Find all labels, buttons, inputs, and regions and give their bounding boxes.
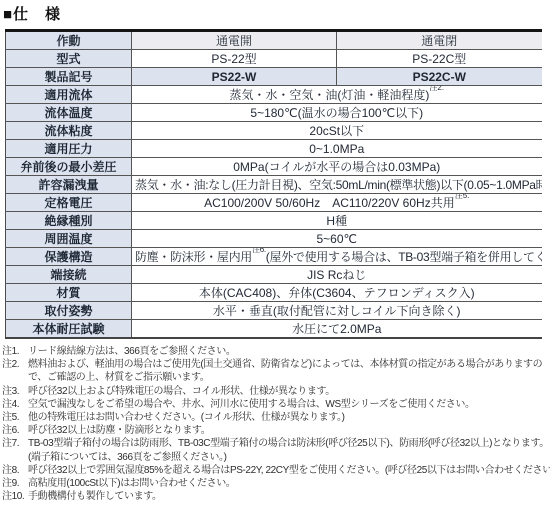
note-reference: 注6.: [252, 248, 266, 254]
note-reference: 注2.: [429, 86, 444, 92]
note-number: 注8.: [2, 464, 28, 477]
spec-value: 水平・垂直(取付配管に対しコイル下向き除く): [132, 302, 542, 320]
note: 注2.燃料油および、軽油用の場合はご使用先(国土交通省、防衛省など)によっては、…: [2, 358, 550, 384]
spec-value: 通電開: [132, 31, 337, 50]
note-number: 注6.: [2, 424, 28, 437]
spec-row: 材質本体(CAC408)、弁体(C3604、テフロンディスク入): [6, 284, 542, 302]
note: 注10.手動機構付も製作しています。: [2, 490, 550, 503]
note: 注1.リード線結線方法は、366頁をご参照ください。: [2, 345, 550, 358]
spec-value: 5~60℃: [132, 230, 542, 248]
spec-value-text: 蒸気・水・油:なし(圧力計目視)、空気:50mL/min(標準状態)以下(0.0…: [135, 178, 542, 192]
note: 注3.呼び径32以上および特殊電圧の場合、コイル形状、仕様が異なります。: [2, 385, 550, 398]
spec-row: 取付姿勢水平・垂直(取付配管に対しコイル下向き除く): [6, 302, 542, 320]
note-text: 空気で漏洩なしをご希望の場合や、井水、河川水に使用する場合は、WS型シリーズをご…: [28, 398, 550, 411]
spec-value-text: 水平・垂直(取付配管に対しコイル下向き除く): [213, 304, 461, 318]
spec-row-label: 取付姿勢: [6, 302, 132, 320]
notes-list: 注1.リード線結線方法は、366頁をご参照ください。注2.燃料油および、軽油用の…: [2, 345, 550, 503]
spec-value: 0~1.0MPa: [132, 140, 542, 158]
note-text: 高粘度用(100cSt以下)はお問い合わせください。: [28, 477, 550, 490]
note-number: 注3.: [2, 385, 28, 398]
note-number: 注10.: [2, 490, 28, 503]
spec-row-label: 端接続: [6, 266, 132, 284]
spec-row-label: 製品記号: [6, 68, 132, 86]
note-number: 注7.: [2, 437, 28, 450]
spec-value: 0MPa(コイルが水平の場合は0.03MPa): [132, 158, 542, 176]
spec-value-text: 通電閉: [421, 34, 457, 48]
spec-value: JIS Rcねじ: [132, 266, 542, 284]
spec-row-label: 定格電圧: [6, 194, 132, 212]
spec-row-label: 許容漏洩量: [6, 176, 132, 194]
spec-value: 本体(CAC408)、弁体(C3604、テフロンディスク入): [132, 284, 542, 302]
note-number: 注9.: [2, 477, 28, 490]
spec-value-text: 防塵・防沫形・屋内用: [135, 250, 252, 264]
spec-row: 適用圧力0~1.0MPa: [6, 140, 542, 158]
spec-row: 流体温度5~180℃(温水の場合100℃以下): [6, 104, 542, 122]
note-text: TB-03型端子箱付の場合は防雨形、TB-03C型端子箱付の場合は防沫形(呼び径…: [28, 437, 550, 463]
spec-value: PS22-W: [132, 68, 337, 86]
spec-value-text: 0~1.0MPa: [309, 142, 364, 156]
spec-value-text: 蒸気・水・空気・油(灯油・軽油程度): [229, 88, 429, 102]
note: 注5.他の特殊電圧はお問い合わせください。(コイル形状、仕様が異なります。): [2, 411, 550, 424]
note-text: 他の特殊電圧はお問い合わせください。(コイル形状、仕様が異なります。): [28, 411, 550, 424]
page-title: ■仕 様: [3, 3, 550, 24]
spec-row: 許容漏洩量蒸気・水・油:なし(圧力計目視)、空気:50mL/min(標準状態)以…: [6, 176, 542, 194]
spec-value-text: PS22-W: [212, 70, 257, 84]
spec-value: PS-22型: [132, 50, 337, 68]
spec-value-text: AC100/200V 50/60Hz AC110/220V 60Hz共用: [204, 196, 455, 210]
spec-row: 流体粘度20cSt以下: [6, 122, 542, 140]
spec-row-label: 保護構造: [6, 248, 132, 266]
spec-value: 蒸気・水・油:なし(圧力計目視)、空気:50mL/min(標準状態)以下(0.0…: [132, 176, 542, 194]
note-text: 呼び径32以上で雰囲気湿度85%を超える場合はPS-22Y, 22CY型をご使用…: [28, 464, 550, 477]
spec-value: H種: [132, 212, 542, 230]
spec-row: 周囲温度5~60℃: [6, 230, 542, 248]
spec-value: 水圧にて2.0MPa: [132, 320, 542, 339]
note-text: 呼び径32以上は防塵・防滴形となります。: [28, 424, 550, 437]
note-number: 注2.: [2, 358, 28, 371]
spec-row-label: 流体温度: [6, 104, 132, 122]
note: 注8.呼び径32以上で雰囲気湿度85%を超える場合はPS-22Y, 22CY型を…: [2, 464, 550, 477]
spec-value-text: PS-22C型: [412, 52, 466, 66]
spec-row: 絶縁種別H種: [6, 212, 542, 230]
note-text: 手動機構付も製作しています。: [28, 490, 550, 503]
spec-row: 製品記号PS22-WPS22C-W: [6, 68, 542, 86]
spec-row: 端接続JIS Rcねじ: [6, 266, 542, 284]
spec-value: AC100/200V 50/60Hz AC110/220V 60Hz共用注5.: [132, 194, 542, 212]
spec-value-text: H種: [326, 214, 347, 228]
spec-row: 定格電圧AC100/200V 50/60Hz AC110/220V 60Hz共用…: [6, 194, 542, 212]
spec-value-text: (屋外で使用する場合は、TB-03型端子箱を併用してください。: [266, 250, 542, 264]
spec-row: 作動通電開通電閉: [6, 31, 542, 50]
spec-row-label: 流体粘度: [6, 122, 132, 140]
spec-value-text: 水圧にて2.0MPa: [292, 322, 381, 336]
note-text: リード線結線方法は、366頁をご参照ください。: [28, 345, 550, 358]
spec-value-text: 本体(CAC408)、弁体(C3604、テフロンディスク入): [199, 286, 475, 300]
spec-value-text: 5~60℃: [316, 232, 357, 246]
spec-value-text: PS-22型: [211, 52, 256, 66]
note-number: 注1.: [2, 345, 28, 358]
spec-row-label: 適用流体: [6, 86, 132, 104]
spec-row: 保護構造防塵・防沫形・屋内用注6.(屋外で使用する場合は、TB-03型端子箱を併…: [6, 248, 542, 266]
spec-row: 本体耐圧試験水圧にて2.0MPa: [6, 320, 542, 339]
spec-value: PS22C-W: [337, 68, 542, 86]
spec-value: PS-22C型: [337, 50, 542, 68]
spec-value-text: 20cSt以下: [309, 124, 364, 138]
spec-value-text: JIS Rcねじ: [307, 268, 366, 282]
spec-value-text: 5~180℃(温水の場合100℃以下): [250, 106, 423, 120]
spec-value: 5~180℃(温水の場合100℃以下): [132, 104, 542, 122]
spec-row-label: 絶縁種別: [6, 212, 132, 230]
spec-row: 適用流体蒸気・水・空気・油(灯油・軽油程度)注2.: [6, 86, 542, 104]
note: 注9.高粘度用(100cSt以下)はお問い合わせください。: [2, 477, 550, 490]
spec-row: 型式PS-22型PS-22C型: [6, 50, 542, 68]
spec-value-text: PS22C-W: [413, 70, 466, 84]
spec-table: 作動通電開通電閉型式PS-22型PS-22C型製品記号PS22-WPS22C-W…: [5, 29, 542, 339]
note-text: 呼び径32以上および特殊電圧の場合、コイル形状、仕様が異なります。: [28, 385, 550, 398]
spec-row: 弁前後の最小差圧0MPa(コイルが水平の場合は0.03MPa): [6, 158, 542, 176]
note-number: 注5.: [2, 411, 28, 424]
spec-value: 20cSt以下: [132, 122, 542, 140]
note-number: 注4.: [2, 398, 28, 411]
spec-value: 蒸気・水・空気・油(灯油・軽油程度)注2.: [132, 86, 542, 104]
spec-row-label: 弁前後の最小差圧: [6, 158, 132, 176]
spec-row-label: 材質: [6, 284, 132, 302]
spec-row-label: 型式: [6, 50, 132, 68]
note-text: 燃料油および、軽油用の場合はご使用先(国土交通省、防衛省など)によっては、本体材…: [28, 358, 550, 384]
spec-row-label: 適用圧力: [6, 140, 132, 158]
spec-row-label: 本体耐圧試験: [6, 320, 132, 339]
spec-value-text: 通電開: [216, 34, 252, 48]
note: 注6.呼び径32以上は防塵・防滴形となります。: [2, 424, 550, 437]
spec-value-text: 0MPa(コイルが水平の場合は0.03MPa): [233, 160, 440, 174]
spec-row-label: 作動: [6, 31, 132, 50]
note-reference: 注5.: [455, 194, 470, 200]
spec-value: 通電閉: [337, 31, 542, 50]
note: 注4.空気で漏洩なしをご希望の場合や、井水、河川水に使用する場合は、WS型シリー…: [2, 398, 550, 411]
spec-row-label: 周囲温度: [6, 230, 132, 248]
spec-value: 防塵・防沫形・屋内用注6.(屋外で使用する場合は、TB-03型端子箱を併用してく…: [132, 248, 542, 266]
note: 注7.TB-03型端子箱付の場合は防雨形、TB-03C型端子箱付の場合は防沫形(…: [2, 437, 550, 463]
